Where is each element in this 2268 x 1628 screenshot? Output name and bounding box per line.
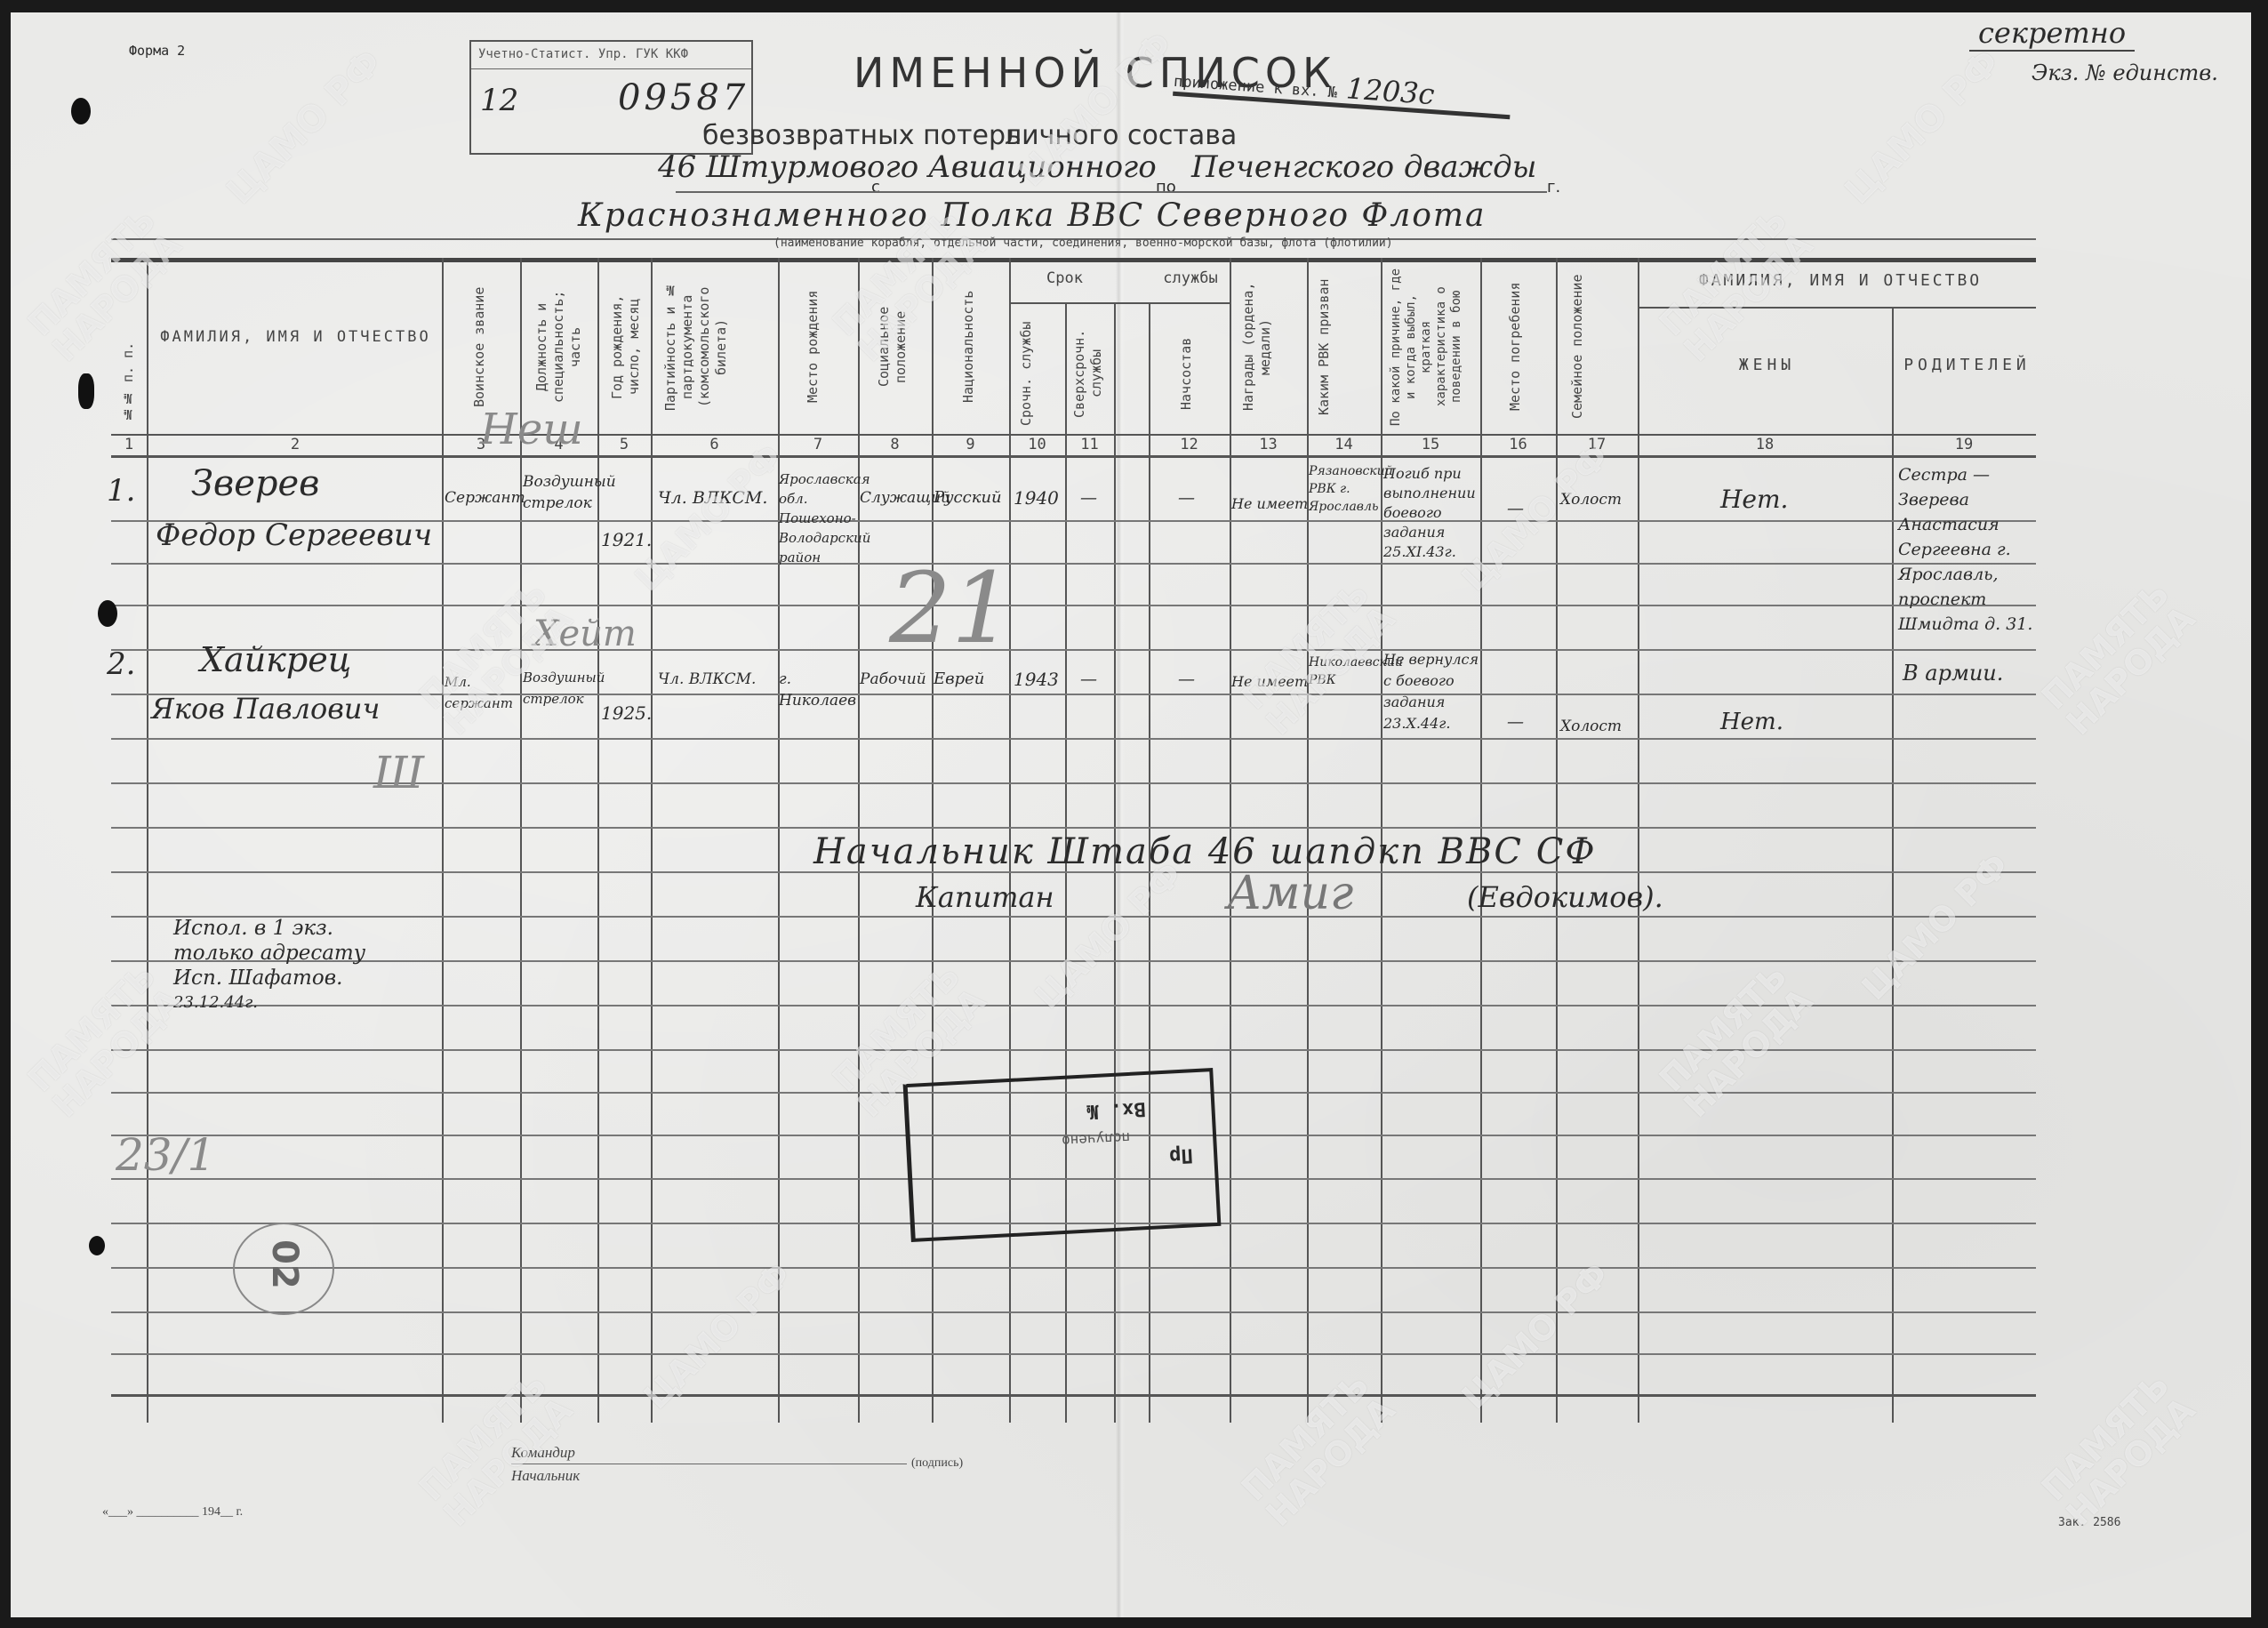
col-header-18: ЖЕНЫ — [1645, 356, 1889, 374]
unit-name-line1: 46 Штурмового Авиационного — [658, 149, 1157, 185]
service-extra: — — [1080, 487, 1097, 509]
col-header-1: №№ п. п. — [120, 338, 137, 427]
col-header-13: Награды (ордена, медали) — [1240, 267, 1294, 427]
col-num-16: 16 — [1480, 436, 1556, 453]
punch-hole — [71, 98, 91, 124]
col-header-12: Начсостав — [1178, 320, 1195, 427]
margin-note-line: Испол. в 1 экз. — [173, 916, 365, 941]
registry-stamp-header: Учетно-Статист. Упр. ГУК ККФ — [478, 47, 688, 61]
col-header-10: Срочн. службы — [1018, 320, 1057, 427]
signature-rank: Капитан — [916, 880, 1054, 914]
col-num-5: 5 — [597, 436, 651, 453]
wife: Нет. — [1720, 711, 1783, 733]
position: Воздушный стрелок — [523, 471, 596, 514]
surname: Хайкрец — [200, 649, 351, 670]
to-label: по — [1156, 178, 1176, 196]
social-status: Служащий — [860, 487, 931, 509]
surname: Зверев — [191, 473, 319, 494]
birth-year: 1921. — [601, 529, 652, 550]
burial: — — [1507, 711, 1524, 733]
col-header-11: Сверхсрочн. службы — [1071, 320, 1110, 427]
attachment-stamp-number: 1203с — [1345, 71, 1436, 111]
col-num-1: 1 — [111, 436, 147, 453]
subtitle-left: безвозвратных потерь — [702, 120, 1022, 151]
pencil-mark: Ш — [373, 747, 424, 798]
col-num-10: 10 — [1009, 436, 1065, 453]
unit-name-line2: Краснознаменного Полка ВВС Северного Фло… — [578, 197, 1487, 234]
party: Чл. ВЛКСМ. — [658, 669, 756, 690]
col-header-4: Должность и специальность; часть — [533, 267, 587, 427]
col-num-9: 9 — [932, 436, 1009, 453]
registry-stamp-prefix: 12 — [480, 83, 518, 118]
col-num-18: 18 — [1638, 436, 1892, 453]
service-regular: 1940 — [1014, 487, 1059, 509]
unit-name-line1-right: Печенгского дважды — [1191, 149, 1536, 185]
col-num-13: 13 — [1230, 436, 1307, 453]
family-status: Холост — [1560, 716, 1622, 737]
document-page — [11, 12, 2251, 1617]
col-num-2: 2 — [148, 436, 442, 453]
wife: Нет. — [1720, 489, 1788, 510]
signature-scrawl: Амиг — [1227, 867, 1353, 920]
given-name: Яков Павлович — [151, 698, 380, 719]
header-bottom-border — [111, 455, 2036, 458]
col-header-19: РОДИТЕЛЕЙ — [1898, 356, 2036, 374]
signature-caption: (подпись) — [911, 1456, 963, 1471]
col-header-3: Воинское звание — [471, 267, 488, 427]
birth-year: 1925. — [601, 702, 652, 724]
pencil-fraction: 23/1 — [116, 1129, 215, 1181]
nationality: Еврей — [934, 669, 984, 690]
attachment-stamp-label: приложение к вх. № — [1173, 73, 1337, 102]
pencil-mark: 21 — [889, 551, 1014, 665]
margin-note-line: Исп. Шафатов. — [173, 966, 365, 990]
service-regular: 1943 — [1014, 669, 1059, 690]
copy-note: Экз. № единств. — [2032, 60, 2218, 85]
social-status: Рабочий — [860, 669, 926, 690]
secrecy-mark: секретно — [1969, 16, 2135, 52]
group-service-right: службы — [1151, 269, 1230, 287]
punch-hole — [78, 373, 94, 409]
col-num-11: 11 — [1065, 436, 1114, 453]
from-label: с — [871, 178, 880, 196]
command-staff: — — [1178, 487, 1195, 509]
year-label: г. — [1547, 178, 1560, 196]
circle-stamp: 02 — [233, 1223, 334, 1315]
col-header-15: По какой причине, где и когда выбыл, кра… — [1389, 267, 1473, 427]
col-num-15: 15 — [1381, 436, 1480, 453]
loss-reason: Не вернулся с боевого задания 23.X.44г. — [1383, 649, 1479, 734]
footer-date-line: «___» __________ 194__ г. — [102, 1505, 243, 1520]
punch-hole — [98, 600, 117, 627]
col-num-7: 7 — [778, 436, 858, 453]
awards: Не имеет — [1231, 493, 1308, 515]
margin-note-line: только адресату — [173, 941, 365, 966]
col-num-19: 19 — [1892, 436, 2036, 453]
birthplace: Ярославская обл. Пошехоно-Володарский ра… — [779, 469, 857, 567]
rvk: Рязановский РВК г. Ярославль — [1309, 462, 1380, 516]
col-header-5: Год рождения, число, месяц — [609, 267, 645, 427]
col-num-8: 8 — [858, 436, 932, 453]
col-header-2: ФАМИЛИЯ, ИМЯ И ОТЧЕСТВО — [151, 320, 440, 354]
position: Воздушный стрелок — [523, 667, 596, 710]
given-name: Федор Сергеевич — [156, 525, 432, 546]
col-header-14: Каким РВК призван — [1316, 267, 1369, 427]
page-fold — [1116, 12, 1125, 1617]
incoming-stamp-line: получено — [1062, 1129, 1131, 1150]
row-num: 2. — [107, 654, 135, 675]
col-header-16: Место погребения — [1507, 267, 1524, 427]
loss-reason: Погиб при выполнении боевого задания 25.… — [1383, 464, 1479, 562]
command-staff: — — [1178, 669, 1195, 690]
row-num: 1. — [107, 480, 135, 501]
col-num-14: 14 — [1307, 436, 1381, 453]
service-extra: — — [1080, 669, 1097, 690]
unit-caption: (наименование корабля, отдельной части, … — [773, 237, 1393, 250]
group-service-left: Срок — [1014, 269, 1116, 287]
margin-note-line: 23.12.44г. — [173, 990, 365, 1015]
registry-stamp-number: 09587 — [618, 77, 749, 118]
parents: В армии. — [1903, 662, 2003, 684]
parents: Сестра — Зверева Анастасия Сергеевна г. … — [1898, 462, 2036, 637]
col-header-9: Национальность — [960, 267, 977, 427]
margin-note: Испол. в 1 экз. только адресату Исп. Шаф… — [173, 916, 365, 1015]
signature-name: (Евдокимов). — [1467, 880, 1663, 914]
punch-hole — [89, 1236, 105, 1255]
pencil-mark: Неш — [480, 405, 583, 454]
table-bottom-border — [111, 1394, 2036, 1397]
incoming-stamp-line: Пр — [1169, 1143, 1194, 1167]
incoming-stamp: Вх. № получено Пр — [903, 1068, 1222, 1242]
circle-stamp-text: 02 — [264, 1239, 305, 1289]
col-header-17: Семейное положение — [1569, 267, 1623, 427]
incoming-stamp-line: Вх. № — [1086, 1097, 1146, 1122]
form-label: Форма 2 — [129, 43, 185, 59]
birthplace: г. Николаев — [779, 669, 857, 711]
signature-title: Начальник Штаба 46 шапдкп ВВС СФ — [813, 831, 1597, 872]
col-num-12: 12 — [1149, 436, 1230, 453]
col-header-6: Партийность и № партдокумента (комсомоль… — [662, 267, 769, 427]
col-header-7: Место рождения — [805, 267, 821, 427]
rank: Сержант — [445, 487, 520, 509]
nationality: Русский — [934, 487, 1002, 509]
